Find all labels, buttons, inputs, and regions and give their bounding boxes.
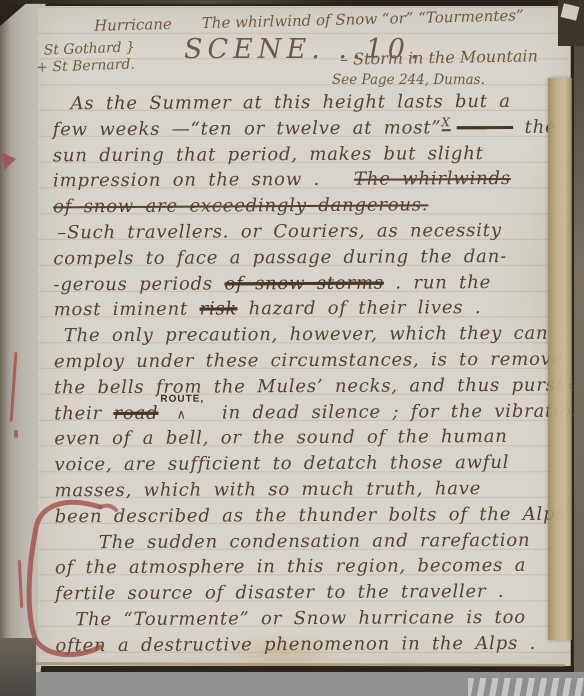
red-bracket-mark	[20, 498, 128, 668]
struck-text: risk	[199, 299, 237, 320]
manuscript-line: compels to face a passage during the dan…	[53, 243, 565, 271]
inserted-word: ROUTE,∧	[158, 408, 210, 418]
handwritten-text: The only precaution, however, which they…	[64, 323, 549, 347]
handwritten-text: most iminent	[54, 299, 200, 321]
handwritten-text: sun during that period, makes but slight	[53, 143, 484, 166]
margin-note: St Gothard } + St Bernard.	[43, 39, 135, 76]
margin-note-line2: + St Bernard.	[36, 56, 136, 76]
annotation-hurricane: Hurricane	[94, 15, 172, 35]
manuscript-line: As the Summer at this height lasts but a	[53, 89, 565, 117]
manuscript-line: voice, are sufficient to detatch those a…	[54, 450, 566, 478]
manuscript-line: even of a bell, or the sound of the huma…	[54, 424, 566, 452]
binding-tape	[548, 78, 572, 640]
manuscript-line: –Such travellers. or Couriers, as necess…	[53, 218, 565, 246]
manuscript-line: of the atmosphere in this region, become…	[55, 553, 567, 581]
handwritten-text: As the Summer at this height lasts but a	[71, 91, 511, 114]
manuscript-line: their roadROUTE,∧ in dead silence ; for …	[54, 398, 566, 426]
manuscript-photo: Hurricane The whirlwind of Snow “or” “To…	[0, 0, 584, 696]
handwritten-text: X	[441, 115, 450, 131]
manuscript-line: employ under these circumstances, is to …	[54, 347, 566, 375]
struck-text: road	[114, 402, 159, 423]
manuscript-line: -gerous periods of snow storms . run the	[53, 269, 565, 297]
handwritten-text: their	[54, 403, 113, 424]
book-page-edges	[468, 678, 584, 696]
handwritten-text: –Such travellers. or Couriers, as necess…	[57, 220, 502, 243]
handwritten-text: The sudden condensation and rarefaction	[99, 529, 531, 552]
manuscript-line: masses, which with so much truth, have	[55, 476, 567, 504]
caret-mark: ∧	[176, 402, 186, 428]
handwritten-text: . run the	[384, 272, 491, 294]
reference-note: See Page 244, Dumas.	[332, 72, 485, 88]
manuscript-line: few weeks —“ten or twelve at most”X——— t…	[53, 114, 565, 142]
manuscript-line: of snow are exceedingly dangerous.	[53, 192, 565, 220]
handwritten-text: hazard of their lives .	[237, 297, 481, 319]
handwritten-text: The “Tourmente” or Snow hurricane is too	[75, 607, 526, 630]
red-margin-dot	[14, 430, 18, 438]
manuscript-line: fertile source of disaster to the travel…	[55, 579, 567, 607]
handwritten-text: even of a bell, or the sound of the huma…	[54, 426, 507, 449]
manuscript-line: The sudden condensation and rarefaction	[55, 527, 567, 555]
handwritten-text: employ under these circumstances, is to …	[54, 349, 563, 373]
handwritten-text: the bells from the Mules’ necks, and thu…	[54, 374, 580, 398]
struck-text: The whirlwinds	[354, 168, 511, 190]
handwritten-text: -gerous periods	[53, 273, 224, 295]
manuscript-line: sun during that period, makes but slight	[53, 140, 565, 168]
top-edge-shadow	[0, 0, 350, 4]
manuscript-line: often a destructive phenomenon in the Al…	[55, 630, 567, 658]
scene-subtitle: – Storm in the Mountain	[340, 46, 538, 68]
handwritten-text: voice, are sufficient to detatch those a…	[54, 452, 509, 475]
handwritten-text: been described as the thunder bolts of t…	[55, 503, 584, 527]
manuscript-line: the bells from the Mules’ necks, and thu…	[54, 372, 566, 400]
handwritten-text: compels to face a passage during the dan…	[53, 246, 507, 269]
handwritten-text: few weeks —“ten or twelve at most”	[53, 117, 442, 140]
struck-text: ———	[457, 117, 514, 138]
manuscript-line: impression on the snow .The whirlwinds	[53, 166, 565, 194]
header-annotation: Hurricane The whirlwind of Snow “or” “To…	[94, 5, 568, 35]
manuscript-body: As the Summer at this height lasts but a…	[53, 89, 568, 659]
manuscript-line: The only precaution, however, which they…	[54, 321, 566, 349]
struck-text: of snow storms	[224, 272, 384, 294]
manuscript-line: The “Tourmente” or Snow hurricane is too	[55, 605, 567, 633]
handwritten-text: in dead silence ; for the vibration	[210, 400, 583, 423]
book-right-edge	[574, 0, 584, 676]
manuscript-line: been described as the thunder bolts of t…	[55, 501, 567, 529]
dark-corner-bottom-left	[0, 638, 36, 696]
page-title: The whirlwind of Snow “or” “Tourmentes”	[202, 6, 524, 32]
struck-text: of snow are exceedingly dangerous.	[53, 195, 428, 218]
manuscript-line: most iminent risk hazard of their lives …	[54, 295, 566, 323]
handwritten-text: impression on the snow .	[53, 169, 320, 191]
